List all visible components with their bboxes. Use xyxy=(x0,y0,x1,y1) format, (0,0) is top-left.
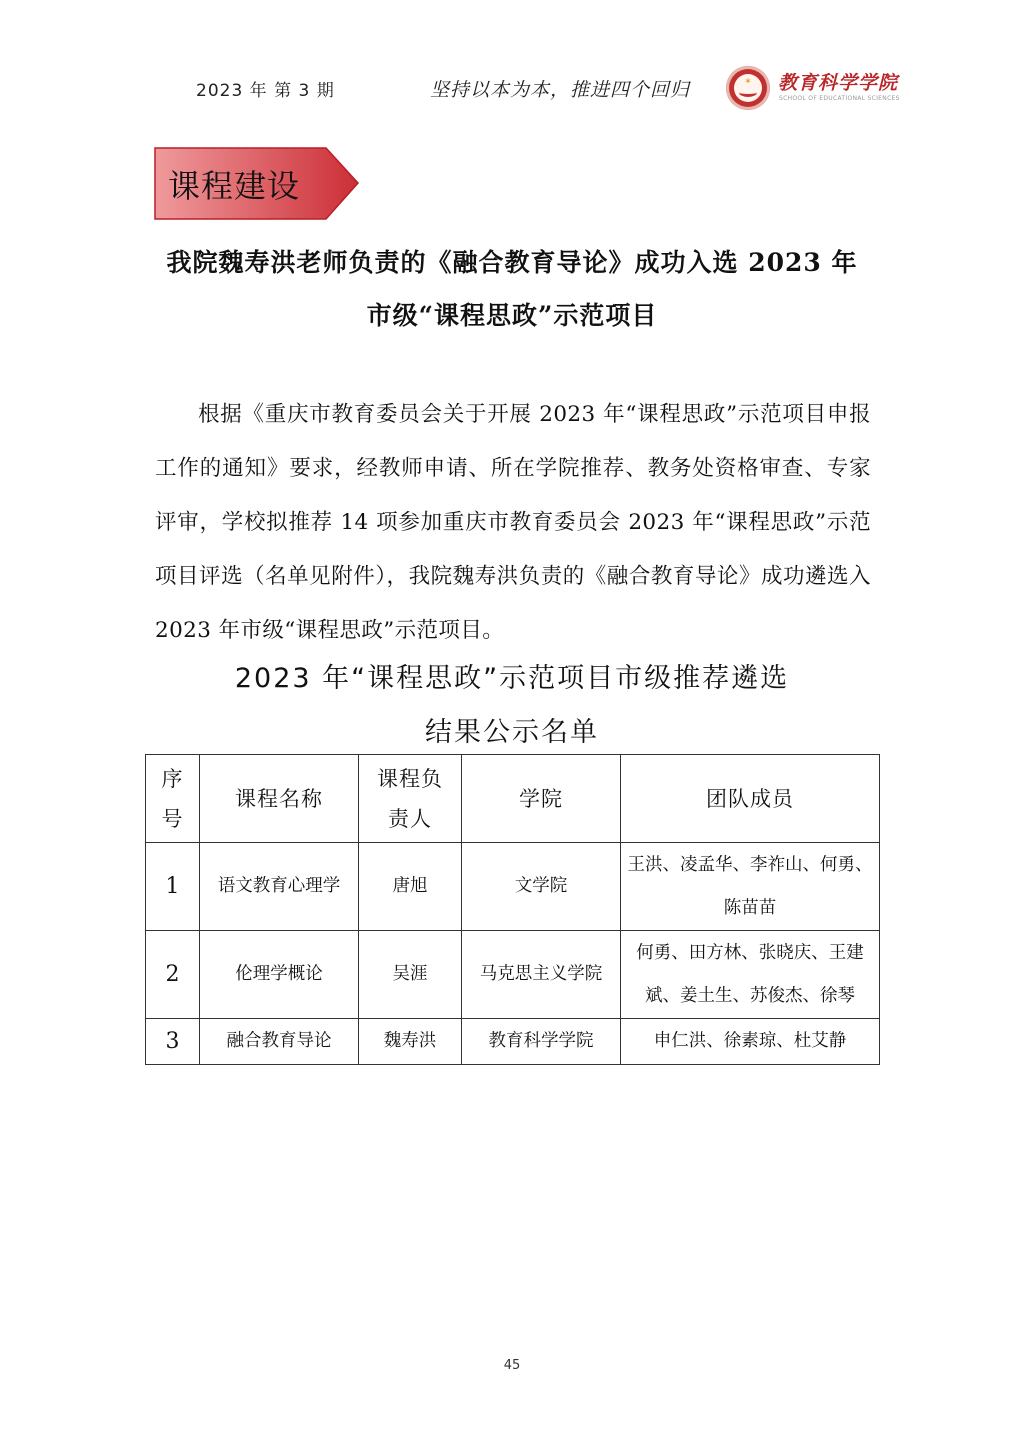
row-course: 伦理学概论 xyxy=(200,931,359,1019)
row-course: 语文教育心理学 xyxy=(200,843,359,931)
issue-label: 2023 年 第 3 期 xyxy=(196,76,335,101)
row-lead: 魏寿洪 xyxy=(359,1019,462,1065)
table-row: 3 融合教育导论 魏寿洪 教育科学学院 申仁洪、徐素琼、杜艾静 xyxy=(146,1019,880,1065)
header-lead: 课程负责人 xyxy=(359,755,462,843)
row-college: 文学院 xyxy=(462,843,621,931)
row-num: 2 xyxy=(146,931,200,1019)
header-college: 学院 xyxy=(462,755,621,843)
article-paragraph: 根据《重庆市教育委员会关于开展 2023 年“课程思政”示范项目申报工作的通知》… xyxy=(155,388,871,658)
school-logo: ✶ 教育科学学院 SCHOOL OF EDUCATIONAL SCIENCES xyxy=(726,66,906,114)
table-header-row: 序号 课程名称 课程负责人 学院 团队成员 xyxy=(146,755,880,843)
results-table: 序号 课程名称 课程负责人 学院 团队成员 1 语文教育心理学 唐旭 文学院 王… xyxy=(145,754,880,1065)
page-number: 45 xyxy=(0,1358,1024,1373)
header-course: 课程名称 xyxy=(200,755,359,843)
table-title-line2: 结果公示名单 xyxy=(0,710,1024,749)
table-row: 1 语文教育心理学 唐旭 文学院 王洪、凌孟华、李祚山、何勇、陈苗苗 xyxy=(146,843,880,931)
logo-name-en: SCHOOL OF EDUCATIONAL SCIENCES xyxy=(779,95,900,102)
section-banner: 课程建设 xyxy=(154,147,360,220)
row-team: 王洪、凌孟华、李祚山、何勇、陈苗苗 xyxy=(621,843,880,931)
row-lead: 唐旭 xyxy=(359,843,462,931)
row-num: 3 xyxy=(146,1019,200,1065)
slogan-text: 坚持以本为本，推进四个回归 xyxy=(430,75,690,102)
row-lead: 吴涯 xyxy=(359,931,462,1019)
row-team: 何勇、田方林、张晓庆、王建斌、姜土生、苏俊杰、徐琴 xyxy=(621,931,880,1019)
table-row: 2 伦理学概论 吴涯 马克思主义学院 何勇、田方林、张晓庆、王建斌、姜土生、苏俊… xyxy=(146,931,880,1019)
school-seal-icon: ✶ xyxy=(726,66,770,110)
row-course: 融合教育导论 xyxy=(200,1019,359,1065)
table-title-line1: 2023 年“课程思政”示范项目市级推荐遴选 xyxy=(0,656,1024,695)
section-title: 课程建设 xyxy=(168,161,300,207)
row-college: 教育科学学院 xyxy=(462,1019,621,1065)
article-title-line2: 市级“课程思政”示范项目 xyxy=(0,296,1024,332)
book-icon xyxy=(739,88,757,97)
row-team: 申仁洪、徐素琼、杜艾静 xyxy=(621,1019,880,1065)
logo-name-cn: 教育科学学院 xyxy=(778,68,898,95)
header-team: 团队成员 xyxy=(621,755,880,843)
article-title-line1: 我院魏寿洪老师负责的《融合教育导论》成功入选 2023 年 xyxy=(0,243,1024,279)
row-college: 马克思主义学院 xyxy=(462,931,621,1019)
row-num: 1 xyxy=(146,843,200,931)
header-num: 序号 xyxy=(146,755,200,843)
